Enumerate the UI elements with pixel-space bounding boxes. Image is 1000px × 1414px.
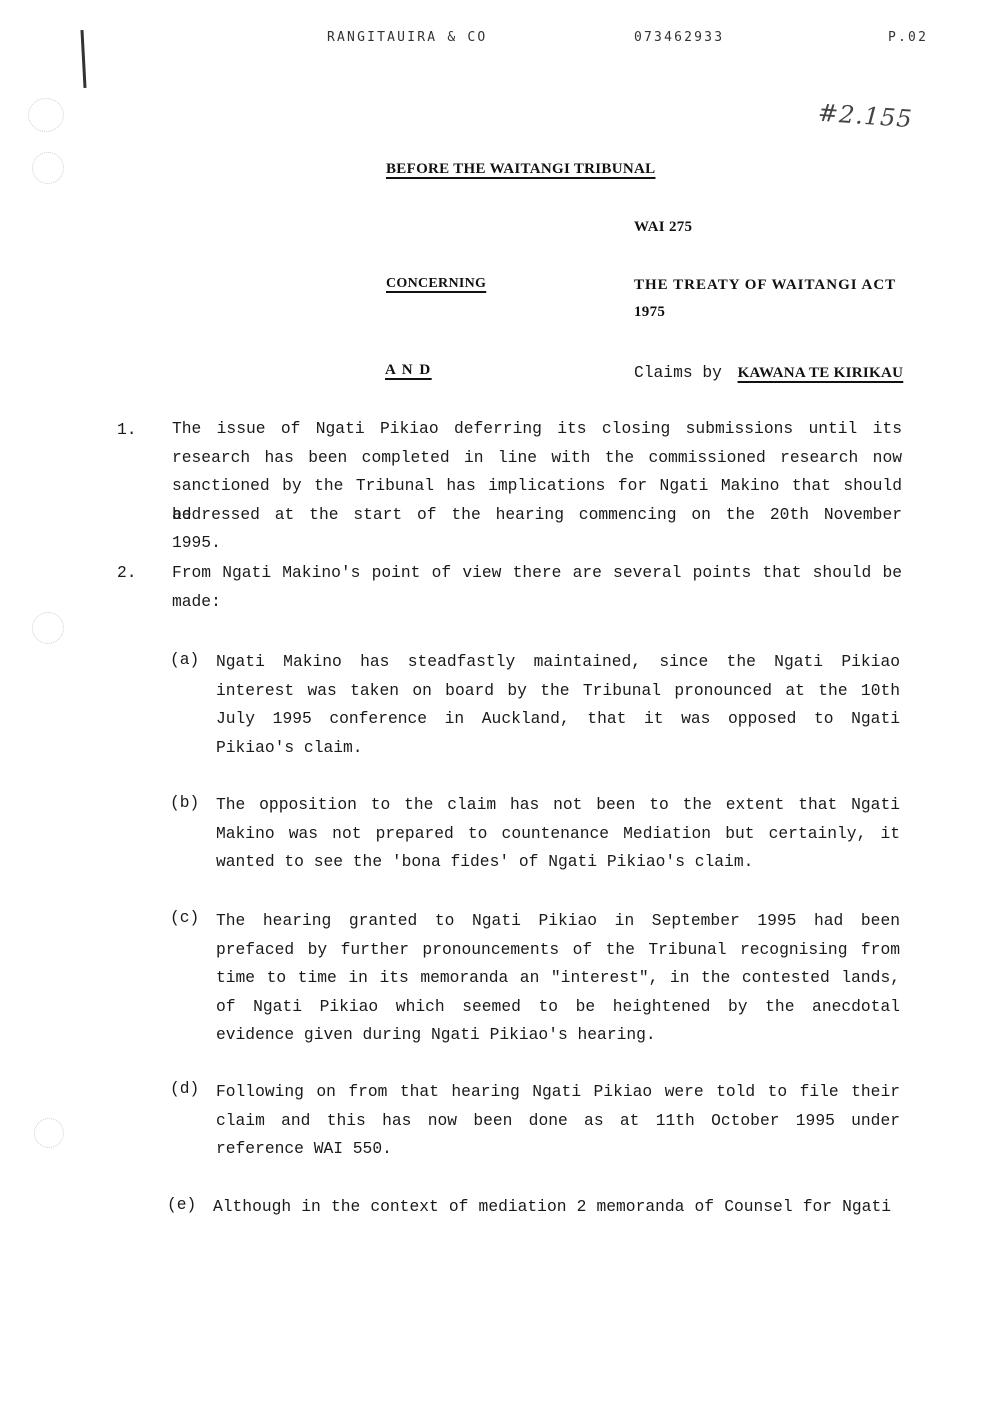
subparagraph-line: time to time in its memoranda an "intere…: [216, 964, 900, 993]
scan-artifact-punch-hole: [34, 1118, 64, 1148]
subparagraph-line: wanted to see the 'bona fides' of Ngati …: [216, 848, 900, 877]
scan-artifact-punch-hole: [28, 98, 64, 132]
subparagraph-line: reference WAI 550.: [216, 1135, 900, 1164]
subparagraph-label: (e): [167, 1195, 196, 1214]
subparagraph-a: Ngati Makino has steadfastly maintained,…: [216, 648, 900, 762]
subparagraph-b: The opposition to the claim has not been…: [216, 791, 900, 877]
subparagraph-line: interest was taken on board by the Tribu…: [216, 677, 900, 706]
fax-page-number: P.02: [888, 30, 928, 45]
paragraph-line: sanctioned by the Tribunal has implicati…: [172, 472, 902, 501]
concerning-act-year: 1975: [634, 304, 665, 321]
subparagraph-line: prefaced by further pronouncements of th…: [216, 936, 900, 965]
document-title: BEFORE THE WAITANGI TRIBUNAL: [386, 161, 655, 178]
subparagraph-line: July 1995 conference in Auckland, that i…: [216, 705, 900, 734]
subparagraph-c: The hearing granted to Ngati Pikiao in S…: [216, 907, 900, 1050]
wai-reference: WAI 275: [634, 219, 692, 236]
scan-artifact-mark: [80, 30, 86, 88]
fax-sender: RANGITAUIRA & CO: [327, 30, 487, 45]
scan-artifact-punch-hole: [32, 152, 64, 184]
subparagraph-label: (a): [170, 650, 199, 669]
handwritten-document-number: #2.155: [817, 99, 914, 134]
claims-line: Claims by KAWANA TE KIRIKAU: [634, 362, 903, 382]
subparagraph-d: Following on from that hearing Ngati Pik…: [216, 1078, 900, 1164]
concerning-act-title: THE TREATY OF WAITANGI ACT: [634, 277, 896, 294]
paragraph-line: From Ngati Makino's point of view there …: [172, 559, 902, 588]
paragraph-2: From Ngati Makino's point of view there …: [172, 559, 902, 616]
subparagraph-line: The opposition to the claim has not been…: [216, 791, 900, 820]
paragraph-line: research has been completed in line with…: [172, 444, 902, 473]
subparagraph-line: Pikiao's claim.: [216, 734, 900, 763]
subparagraph-label: (d): [170, 1079, 199, 1098]
subparagraph-line: The hearing granted to Ngati Pikiao in S…: [216, 907, 900, 936]
fax-number: 073462933: [634, 30, 724, 45]
paragraph-line: made:: [172, 588, 902, 617]
subparagraph-line: Following on from that hearing Ngati Pik…: [216, 1078, 900, 1107]
paragraph-line: The issue of Ngati Pikiao deferring its …: [172, 415, 902, 444]
paragraph-line: addressed at the start of the hearing co…: [172, 501, 902, 530]
paragraph-number: 2.: [117, 563, 137, 582]
subparagraph-line: claim and this has now been done as at 1…: [216, 1107, 900, 1136]
paragraph-1: The issue of Ngati Pikiao deferring its …: [172, 415, 902, 529]
subparagraph-e: Although in the context of mediation 2 m…: [213, 1193, 891, 1222]
paragraph-number: 1.: [117, 420, 137, 439]
subparagraph-line: Although in the context of mediation 2 m…: [213, 1193, 891, 1222]
subparagraph-label: (c): [170, 908, 199, 927]
concerning-label: CONCERNING: [386, 276, 486, 292]
subparagraph-line: evidence given during Ngati Pikiao's hea…: [216, 1021, 900, 1050]
subparagraph-label: (b): [170, 793, 199, 812]
scan-artifact-punch-hole: [32, 612, 64, 644]
subparagraph-line: Ngati Makino has steadfastly maintained,…: [216, 648, 900, 677]
and-label: A N D: [385, 362, 432, 379]
subparagraph-line: Makino was not prepared to countenance M…: [216, 820, 900, 849]
claimant-name: KAWANA TE KIRIKAU: [738, 365, 904, 381]
subparagraph-line: of Ngati Pikiao which seemed to be heigh…: [216, 993, 900, 1022]
claims-prefix: Claims by: [634, 363, 722, 382]
